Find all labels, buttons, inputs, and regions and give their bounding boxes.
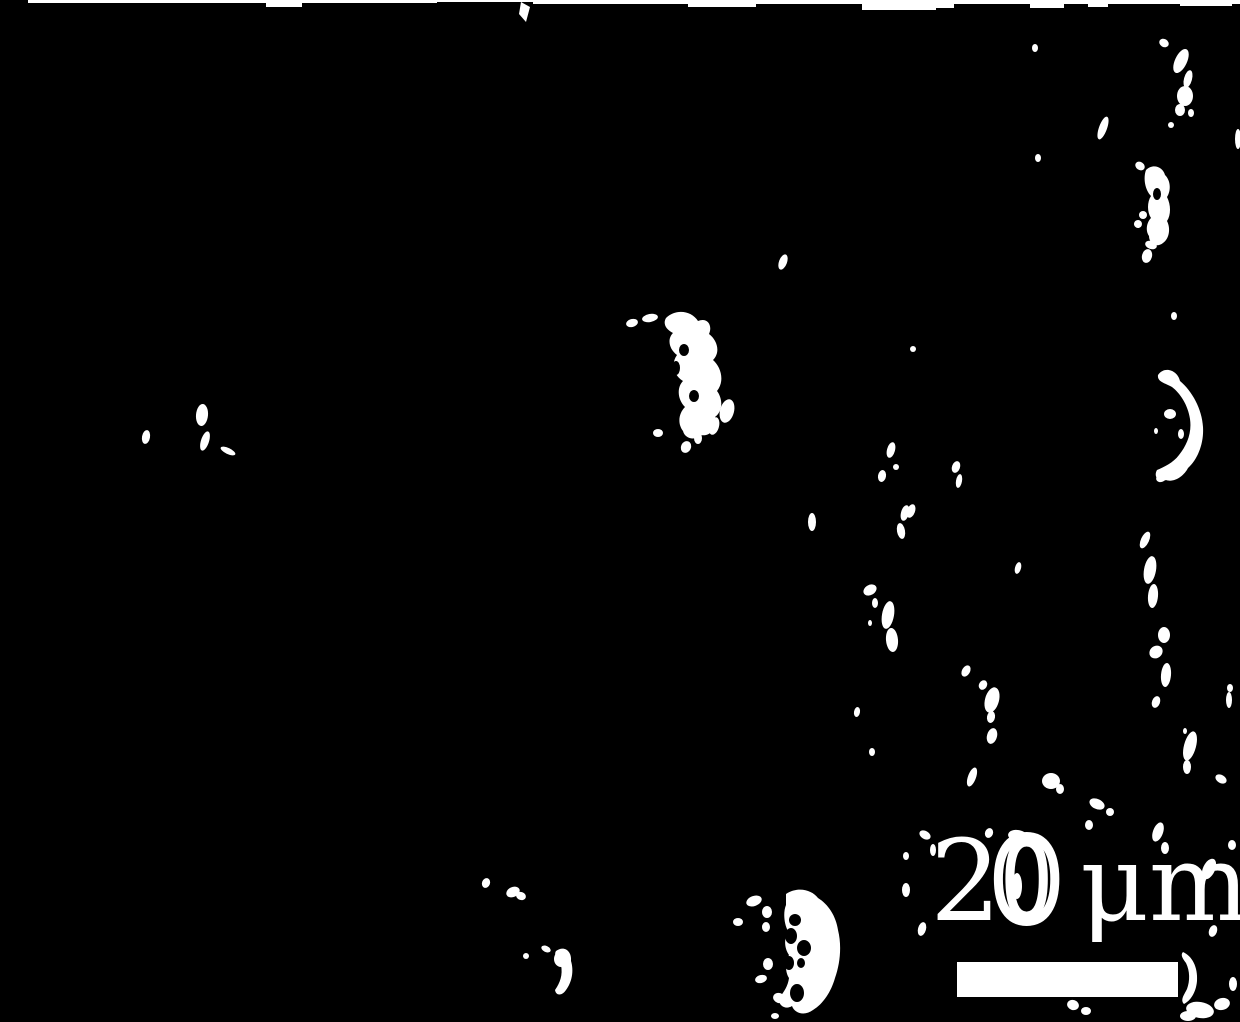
scale-label-digit-0: 0 <box>991 817 1062 947</box>
sem-micrograph: 2 0 μm <box>0 0 1240 1022</box>
scale-label-unit: μm <box>1080 822 1240 945</box>
micrograph-canvas: 2 0 μm <box>0 0 1240 1022</box>
scale-bar <box>957 962 1178 997</box>
scale-label-zero-inner-speck <box>1012 873 1022 899</box>
